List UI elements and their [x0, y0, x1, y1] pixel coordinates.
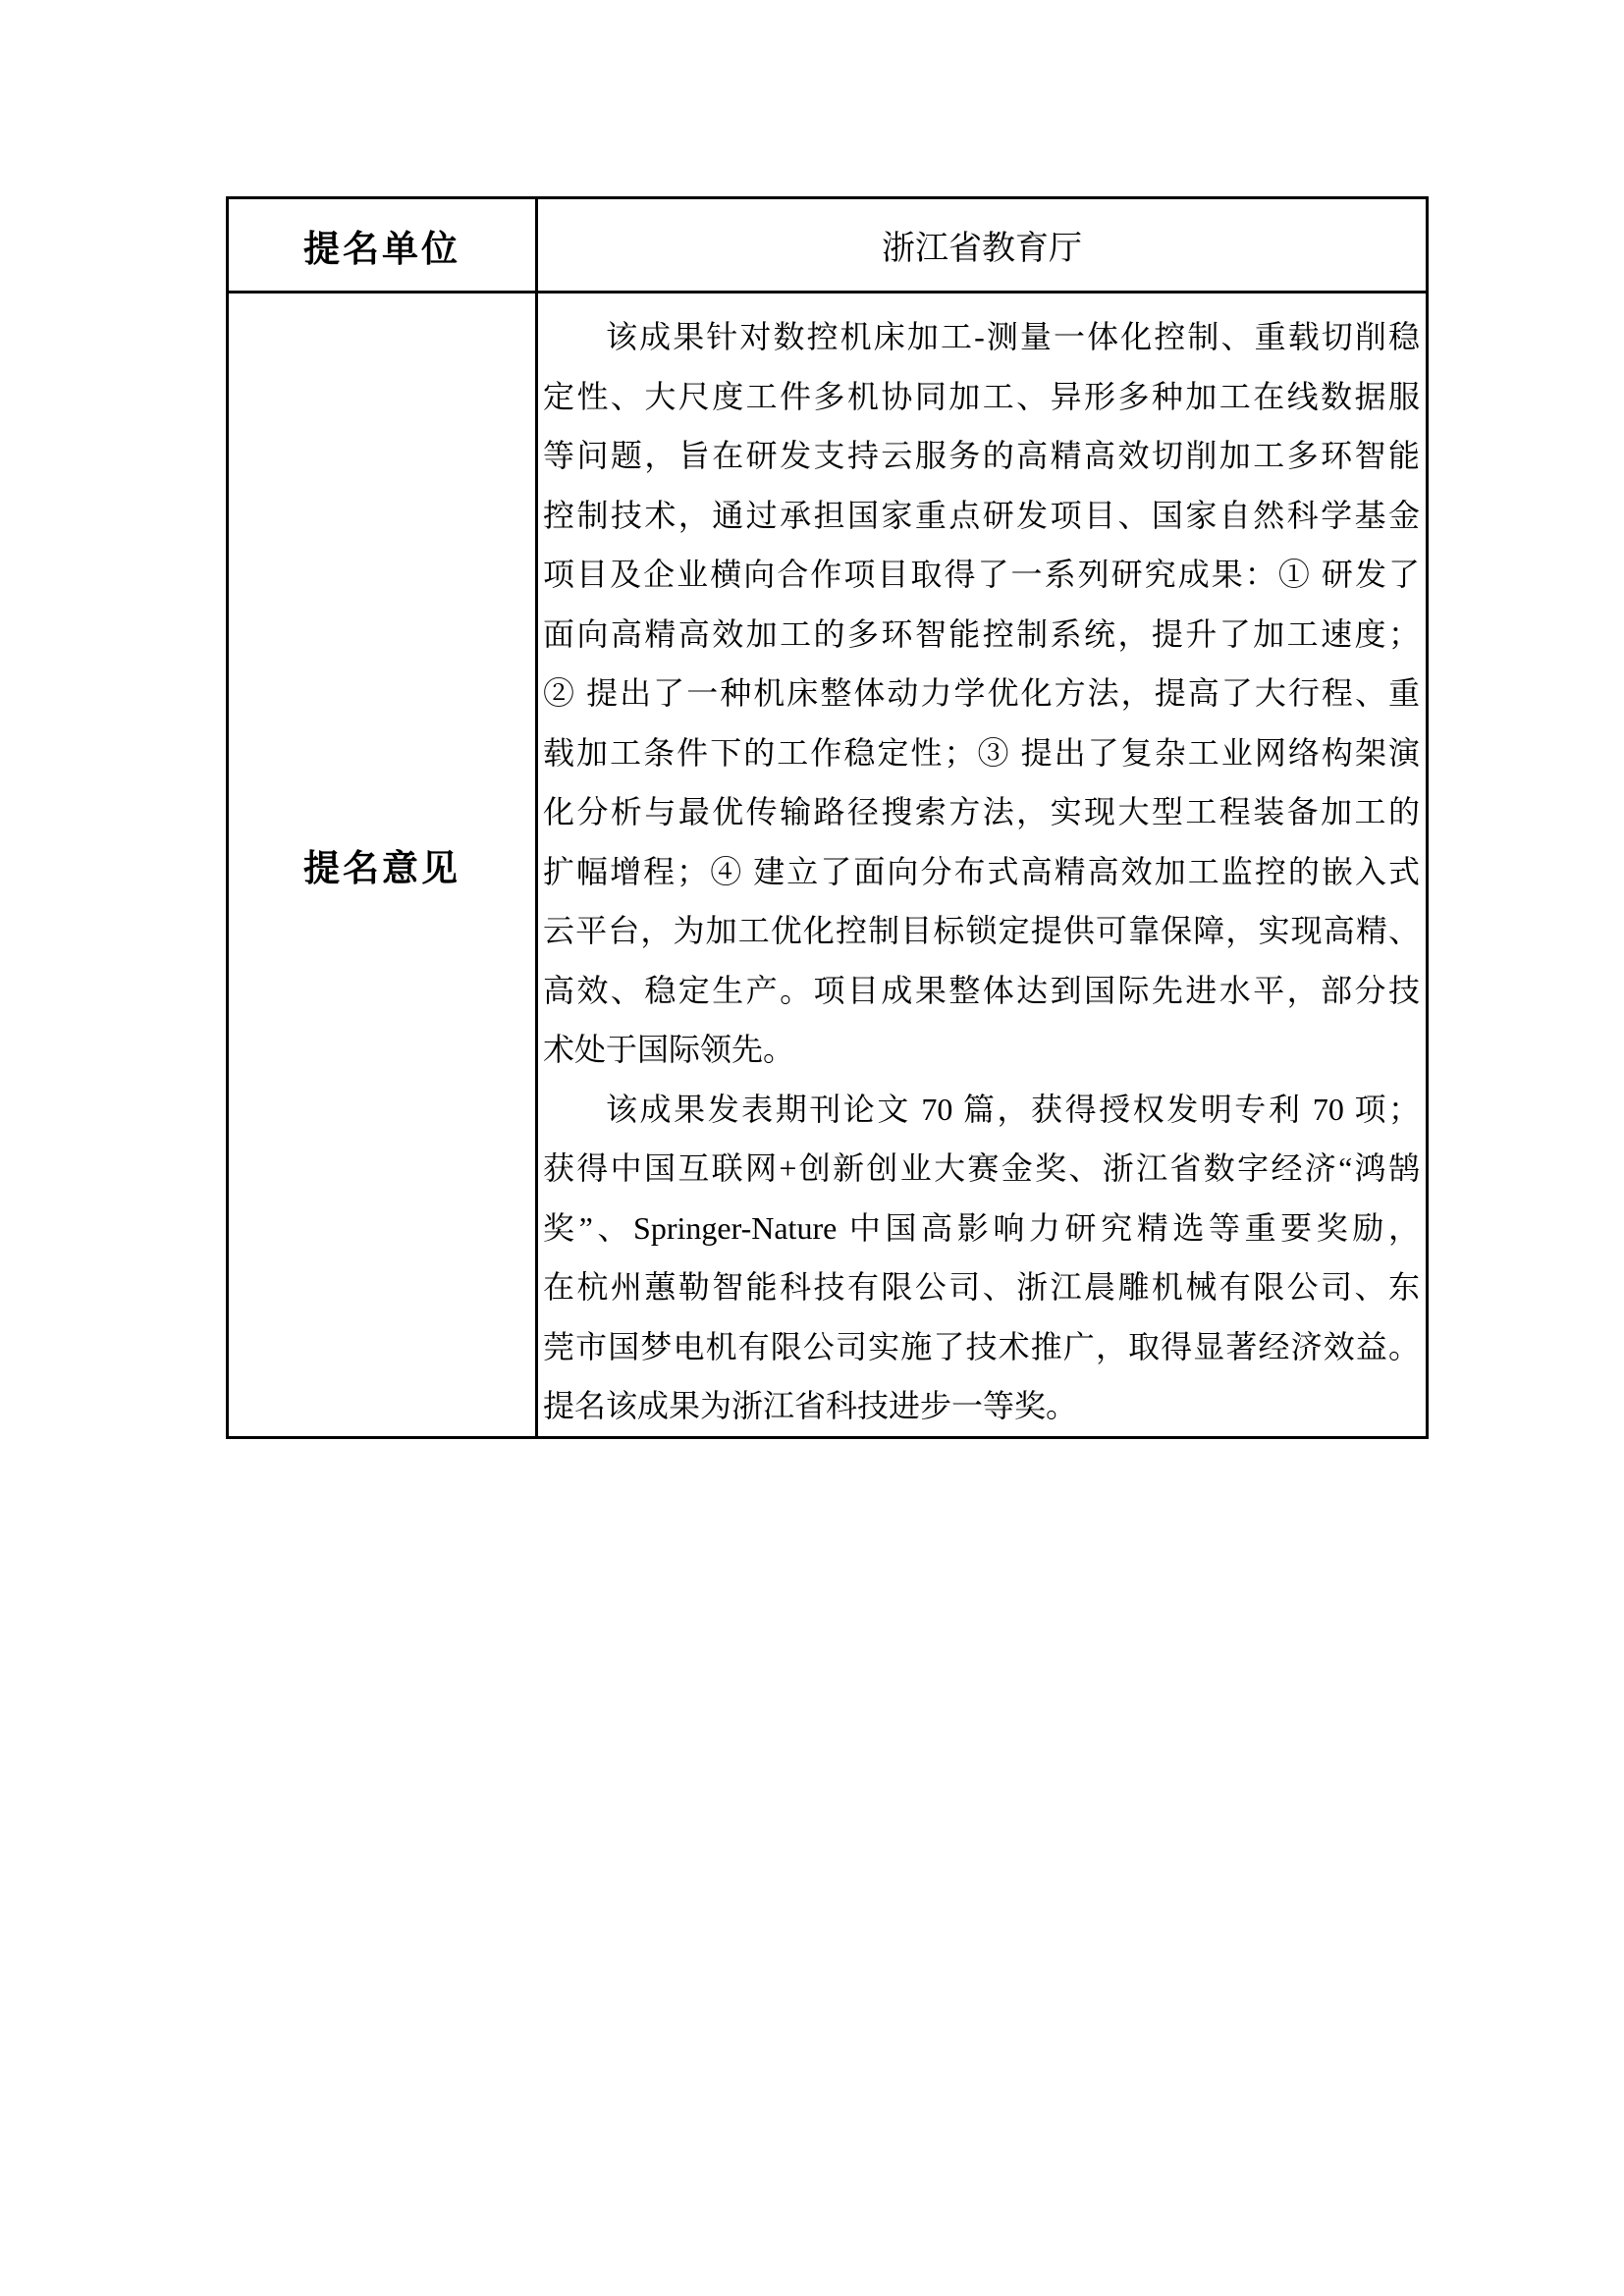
- nominating-unit-value: 浙江省教育厅: [537, 198, 1428, 293]
- opinion-line: 该成果针对数控机床加工-测量一体化控制、重载切削稳: [543, 307, 1420, 367]
- opinion-line: 定性、大尺度工件多机协同加工、异形多种加工在线数据服: [543, 367, 1420, 427]
- opinion-line: 面向高精高效加工的多环智能控制系统，提升了加工速度；: [543, 605, 1420, 665]
- document-page: 提名单位 浙江省教育厅 提名意见 该成果针对数控机床加工-测量一体化控制、重载切…: [0, 0, 1624, 2296]
- opinion-line: 载加工条件下的工作稳定性；③ 提出了复杂工业网络构架演: [543, 723, 1420, 783]
- opinion-line: 获得中国互联网+创新创业大赛金奖、浙江省数字经济“鸿鹄: [543, 1139, 1420, 1199]
- opinion-line: 该成果发表期刊论文 70 篇，获得授权发明专利 70 项；: [543, 1080, 1420, 1140]
- opinion-line: 等问题，旨在研发支持云服务的高精高效切削加工多环智能: [543, 426, 1420, 486]
- opinion-line: 在杭州蕙勒智能科技有限公司、浙江晨雕机械有限公司、东: [543, 1257, 1420, 1317]
- nominating-unit-row: 提名单位 浙江省教育厅: [228, 198, 1428, 293]
- opinion-line: 化分析与最优传输路径搜索方法，实现大型工程装备加工的: [543, 782, 1420, 842]
- opinion-line: 术处于国际领先。: [543, 1020, 1420, 1080]
- nomination-opinion-text: 该成果针对数控机床加工-测量一体化控制、重载切削稳定性、大尺度工件多机协同加工、…: [538, 294, 1426, 1436]
- nomination-table: 提名单位 浙江省教育厅 提名意见 该成果针对数控机床加工-测量一体化控制、重载切…: [226, 196, 1429, 1439]
- opinion-line: 云平台，为加工优化控制目标锁定提供可靠保障，实现高精、: [543, 901, 1420, 961]
- opinion-line: 项目及企业横向合作项目取得了一系列研究成果：① 研发了: [543, 545, 1420, 605]
- nominating-unit-label: 提名单位: [228, 198, 537, 293]
- opinion-line: 高效、稳定生产。项目成果整体达到国际先进水平，部分技: [543, 961, 1420, 1021]
- nomination-opinion-cell: 该成果针对数控机床加工-测量一体化控制、重载切削稳定性、大尺度工件多机协同加工、…: [537, 293, 1428, 1438]
- nomination-opinion-label: 提名意见: [228, 293, 537, 1438]
- opinion-line: 扩幅增程；④ 建立了面向分布式高精高效加工监控的嵌入式: [543, 842, 1420, 902]
- opinion-line: 控制技术，通过承担国家重点研发项目、国家自然科学基金: [543, 486, 1420, 546]
- nomination-opinion-row: 提名意见 该成果针对数控机床加工-测量一体化控制、重载切削稳定性、大尺度工件多机…: [228, 293, 1428, 1438]
- opinion-line: 莞市国梦电机有限公司实施了技术推广，取得显著经济效益。: [543, 1317, 1420, 1377]
- opinion-line: ② 提出了一种机床整体动力学优化方法，提高了大行程、重: [543, 664, 1420, 723]
- opinion-line: 奖”、Springer-Nature 中国高影响力研究精选等重要奖励，: [543, 1199, 1420, 1258]
- opinion-line: 提名该成果为浙江省科技进步一等奖。: [543, 1376, 1420, 1436]
